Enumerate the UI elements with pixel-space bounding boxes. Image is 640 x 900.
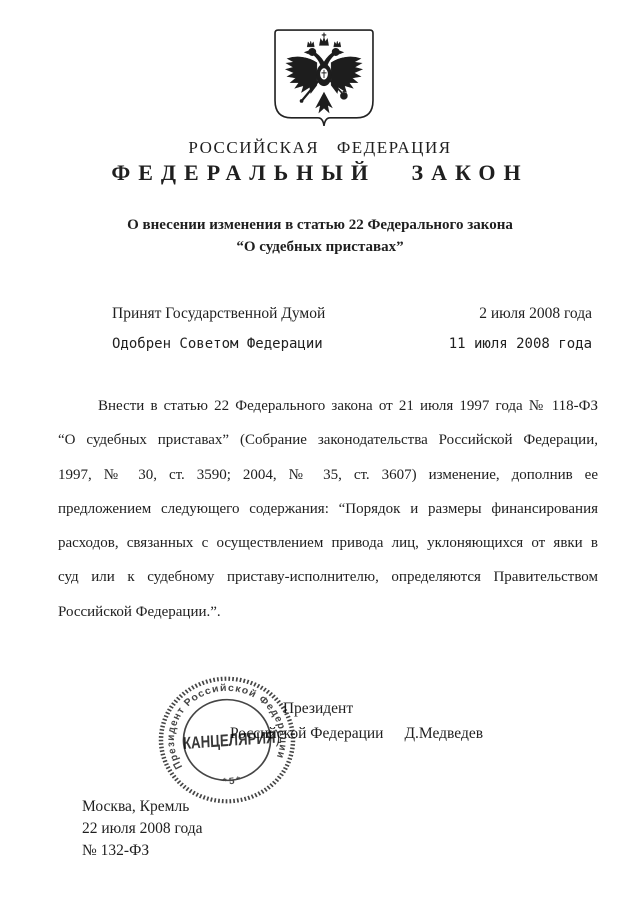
svg-text:* 5 *: * 5 * [221, 775, 242, 788]
approved-by-council-date: 11 июля 2008 года [449, 336, 592, 352]
stamp-ring-text: Президент Российской Федерации [160, 677, 291, 771]
footer-law-number: № 132-ФЗ [82, 840, 203, 862]
body-paragraph: Внести в статью 22 Федерального закона о… [58, 389, 598, 629]
law-type-heading: ФЕДЕРАЛЬНЫЙ ЗАКОН [0, 160, 640, 186]
svg-text:Президент Российской Федерации: Президент Российской Федерации [160, 677, 291, 771]
body-line: Внести в статью 22 Федерального закона о… [58, 389, 598, 423]
stamp-bracket: ) [275, 726, 280, 746]
adoption-block: Принят Государственной Думой 2 июля 2008… [112, 305, 592, 352]
adopted-by-duma-row: Принят Государственной Думой 2 июля 2008… [112, 305, 592, 323]
body-line: “О судебных приставах” (Собрание законод… [58, 423, 598, 457]
body-line: 1997, № 30, ст. 3590; 2004, № 35, ст. 36… [58, 458, 598, 492]
approved-by-council-label: Одобрен Советом Федерации [112, 336, 323, 352]
footer-block: Москва, Кремль 22 июля 2008 года № 132-Ф… [82, 796, 203, 862]
document-title-line2: “О судебных приставах” [63, 236, 577, 258]
adopted-by-duma-date: 2 июля 2008 года [479, 305, 592, 323]
russia-coat-of-arms-icon [274, 29, 374, 128]
body-line: Российской Федерации.”. [58, 595, 598, 629]
body-line: предложением следующего содержания: “Пор… [58, 492, 598, 526]
approved-by-council-row: Одобрен Советом Федерации 11 июля 2008 г… [112, 336, 592, 352]
footer-date: 22 июля 2008 года [82, 818, 203, 840]
law-document-page: РОССИЙСКАЯ ФЕДЕРАЦИЯ ФЕДЕРАЛЬНЫЙ ЗАКОН О… [0, 0, 640, 900]
stamp-bottom-text: * 5 * [221, 775, 242, 788]
adopted-by-duma-label: Принят Государственной Думой [112, 305, 325, 323]
signer-name: Д.Медведев [404, 725, 483, 743]
country-heading: РОССИЙСКАЯ ФЕДЕРАЦИЯ [0, 138, 640, 158]
body-line: расходов, связанных с осуществлением при… [58, 526, 598, 560]
body-line: суд или к судебному приставу-исполнителю… [58, 560, 598, 594]
document-title: О внесении изменения в статью 22 Федерал… [63, 214, 577, 258]
document-title-line1: О внесении изменения в статью 22 Федерал… [63, 214, 577, 236]
